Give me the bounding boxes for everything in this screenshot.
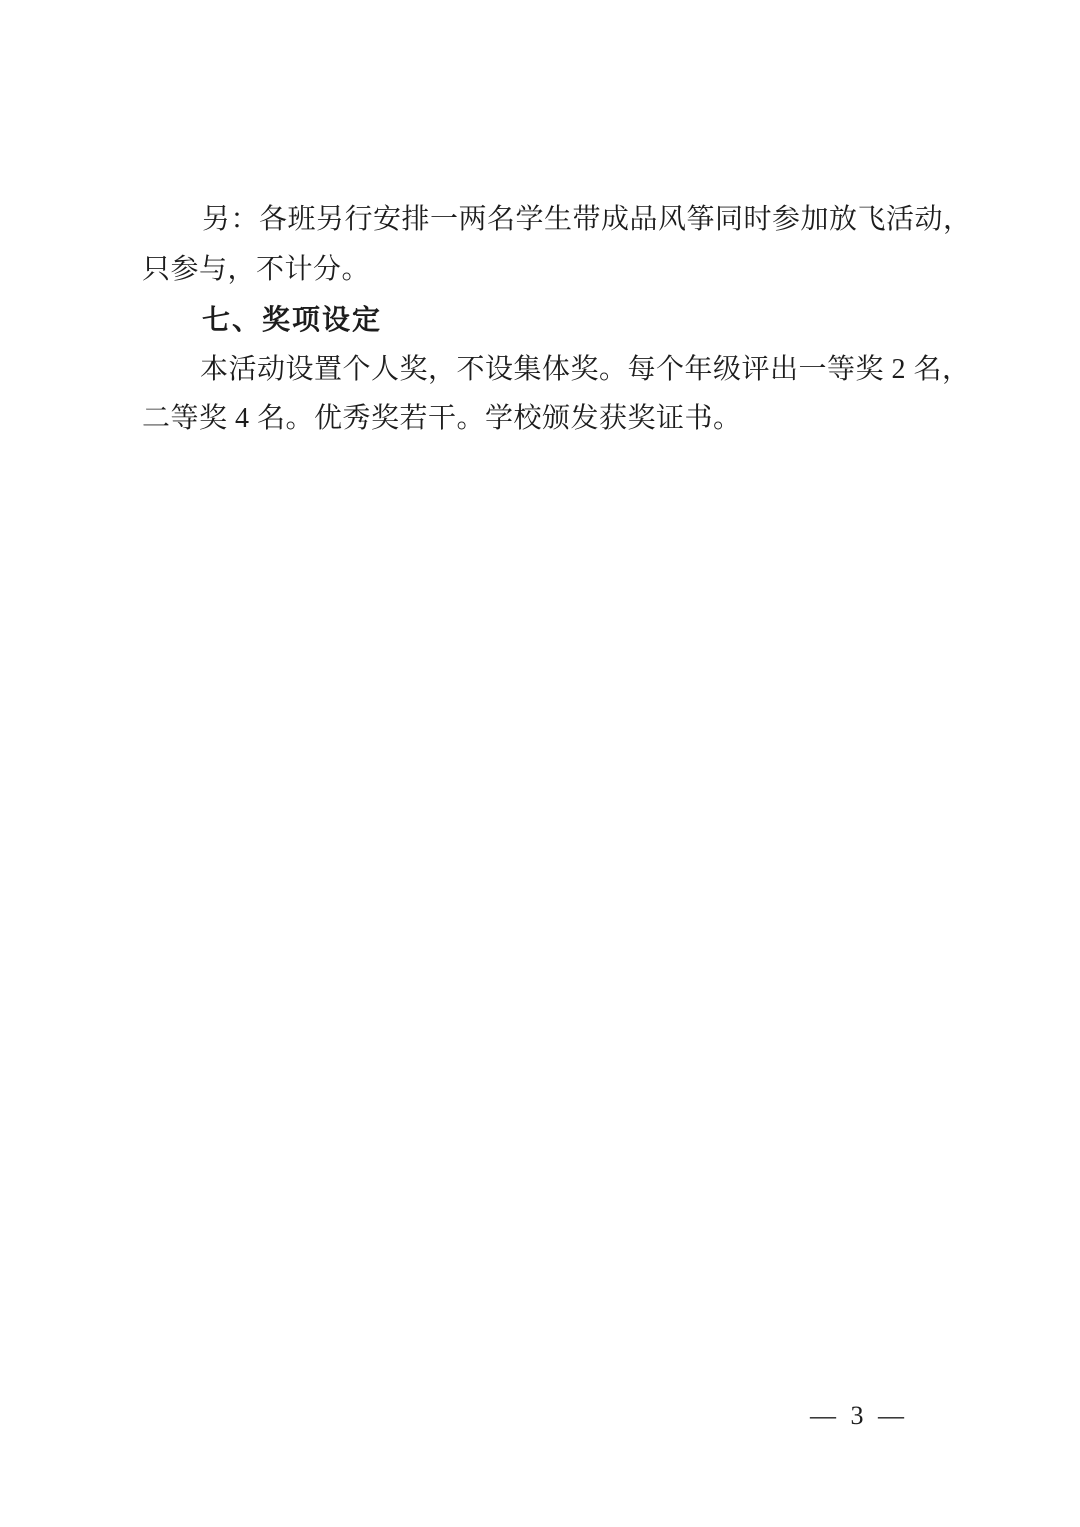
paragraph-1-line-2: 只参与，不计分。 — [142, 252, 370, 288]
section-heading-awards: 七、奖项设定 — [202, 302, 382, 338]
paragraph-2-line-2: 二等奖 4 名。优秀奖若干。学校颁发获奖证书。 — [142, 401, 742, 437]
paragraph-1-line-1: 另：各班另行安排一两名学生带成品风筝同时参加放飞活动， — [202, 202, 972, 238]
document-page: 另：各班另行安排一两名学生带成品风筝同时参加放飞活动， 只参与，不计分。 七、奖… — [0, 0, 1080, 1527]
page-number: — 3 — — [810, 1400, 908, 1432]
paragraph-2-line-1: 本活动设置个人奖，不设集体奖。每个年级评出一等奖 2 名， — [200, 352, 971, 388]
